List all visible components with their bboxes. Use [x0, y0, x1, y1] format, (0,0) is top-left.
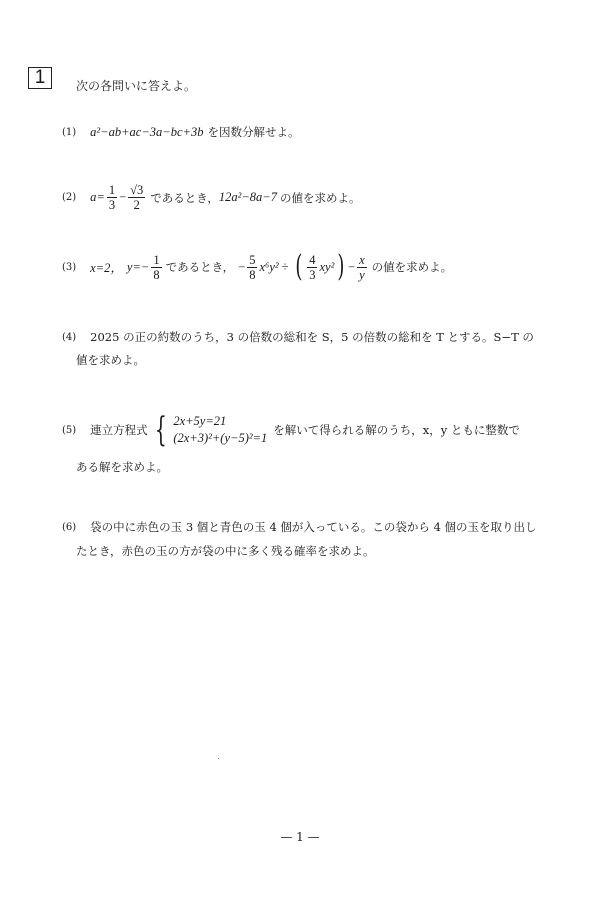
numerator: x [357, 253, 367, 268]
denominator: 3 [107, 198, 117, 212]
scan-speck [218, 758, 219, 759]
problem-3: (3) x=2， y=− 1 8 であるとき， − 5 8 x⁶y² ÷ ( 4… [62, 252, 452, 282]
fraction: 1 3 [107, 183, 117, 212]
problem-1: (1) a²−ab+ac−3a−bc+3b を因数分解せよ。 [62, 124, 299, 140]
problem-4-continuation: 値を求めよ。 [76, 352, 145, 368]
problem-expression: 12a²−8a−7 [219, 190, 277, 205]
problem-text: の値を求めよ。 [280, 190, 361, 206]
problem-text: 2025 の正の約数のうち，3 の倍数の総和を S，5 の倍数の総和を T とす… [90, 329, 534, 345]
condition-lhs: a= [90, 190, 105, 205]
numerator: 4 [307, 253, 317, 268]
left-paren: ( [295, 252, 302, 282]
problem-expression: a²−ab+ac−3a−bc+3b [90, 125, 203, 140]
problem-label: (6) [62, 522, 76, 533]
denominator: 3 [307, 268, 317, 282]
numerator: 1 [107, 183, 117, 198]
fraction: 1 8 [151, 253, 161, 282]
fraction: √3 2 [128, 183, 145, 212]
problem-6: (6) 袋の中に赤色の玉 3 個と青色の玉 4 個が入っている。この袋から 4 … [62, 519, 537, 535]
problem-text: 袋の中に赤色の玉 3 個と青色の玉 4 個が入っている。この袋から 4 個の玉を… [90, 519, 536, 535]
section-instruction: 次の各問いに答えよ。 [76, 77, 196, 94]
denominator: 8 [247, 268, 257, 282]
problem-label: (4) [62, 332, 76, 343]
problem-label: (5) [62, 425, 76, 436]
problem-4: (4) 2025 の正の約数のうち，3 の倍数の総和を S，5 の倍数の総和を … [62, 329, 534, 345]
problem-6-continuation: たとき，赤色の玉の方が袋の中に多く残る確率を求めよ。 [76, 543, 375, 559]
problem-text: の値を求めよ。 [372, 259, 453, 275]
divide-sign: ÷ [282, 260, 289, 275]
condition-x: x=2， [90, 258, 123, 276]
problem-5: (5) 連立方程式 { 2x+5y=21 (2x+3)²+(y−5)²=1 を解… [62, 413, 520, 447]
problem-label: (3) [62, 262, 76, 273]
minus-sign: − [238, 260, 245, 275]
minus-sign: − [348, 260, 355, 275]
problem-text: 連立方程式 [90, 422, 148, 438]
numerator: 5 [247, 253, 257, 268]
page-number: — 1 — [0, 830, 600, 844]
fraction: x y [357, 253, 367, 282]
problem-2: (2) a= 1 3 − √3 2 であるとき， 12a²−8a−7 の値を求め… [62, 183, 360, 212]
numerator: √3 [128, 183, 145, 198]
condition-y: y=− [127, 260, 149, 275]
denominator: y [357, 268, 367, 282]
problem-label: (2) [62, 192, 76, 203]
problem-text: を解いて得られる解のうち，x，y ともに整数で [273, 422, 520, 438]
equation-2: (2x+3)²+(y−5)²=1 [173, 430, 267, 447]
equation-system: 2x+5y=21 (2x+3)²+(y−5)²=1 [173, 413, 267, 447]
denominator: 2 [132, 198, 142, 212]
fraction: 5 8 [247, 253, 257, 282]
question-number-box: 1 [28, 67, 52, 89]
minus-sign: − [119, 190, 126, 205]
problem-label: (1) [62, 127, 76, 138]
left-brace: { [155, 413, 167, 447]
denominator: 8 [151, 268, 161, 282]
problem-5-continuation: ある解を求めよ。 [76, 459, 168, 475]
numerator: 1 [151, 253, 161, 268]
equation-1: 2x+5y=21 [173, 413, 267, 430]
problem-text: であるとき， [166, 259, 235, 275]
right-paren: ) [338, 252, 345, 282]
term: x⁶y² [259, 260, 278, 275]
problem-text: を因数分解せよ。 [207, 124, 299, 140]
problem-text: であるとき， [150, 190, 219, 206]
term: xy² [319, 260, 334, 275]
fraction: 4 3 [307, 253, 317, 282]
